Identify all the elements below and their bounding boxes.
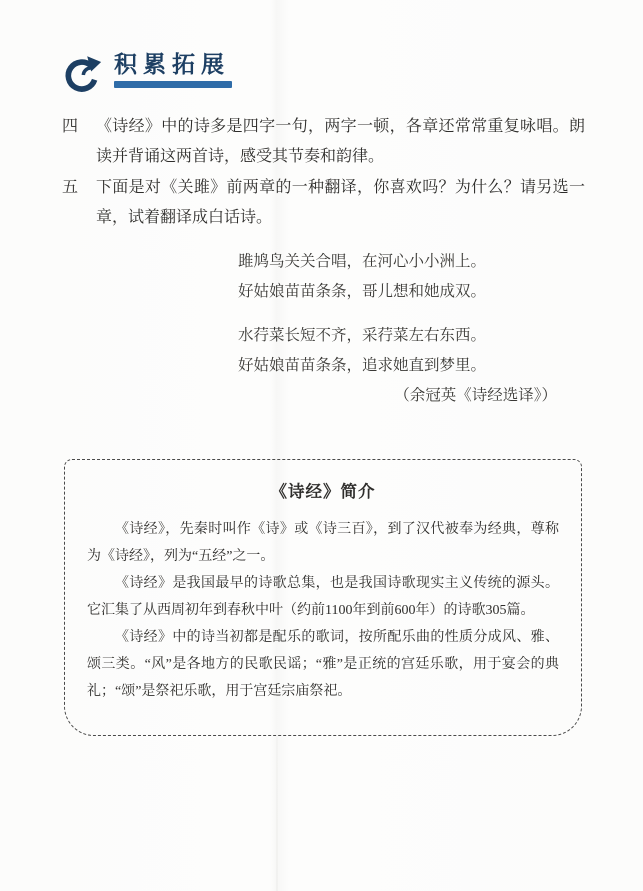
question-five: 五 下面是对《关雎》前两章的一种翻译，你喜欢吗？为什么？请另选一章，试着翻译成白… — [62, 173, 585, 233]
header-text-column: 积累拓展 — [114, 52, 232, 88]
page-crease — [276, 735, 278, 891]
infobox-paragraph: 《诗经》中的诗当初都是配乐的歌词，按所配乐曲的性质分成风、雅、颂三类。“风”是各… — [87, 624, 559, 705]
question-four: 四 《诗经》中的诗多是四字一句，两字一顿，各章还常常重复咏唱。朗读并背诵这两首诗… — [62, 112, 585, 172]
poem-line: 好姑娘苗苗条条，哥儿想和她成双。 — [238, 277, 585, 307]
question-number: 五 — [62, 173, 96, 233]
circular-arrow-icon — [62, 54, 102, 96]
shijing-intro-box: 《诗经》简介 《诗经》，先秦时叫作《诗》或《诗三百》，到了汉代被奉为经典，尊称为… — [64, 459, 582, 736]
poem-attribution: （余冠英《诗经选译》） — [62, 383, 585, 409]
infobox-title: 《诗经》简介 — [87, 478, 559, 502]
stanza-gap — [238, 307, 585, 321]
textbook-page: 积累拓展 四 《诗经》中的诗多是四字一句，两字一顿，各章还常常重复咏唱。朗读并背… — [0, 0, 643, 891]
poem-translation: 雎鸠鸟关关合唱，在河心小小洲上。 好姑娘苗苗条条，哥儿想和她成双。 水荇菜长短不… — [238, 247, 585, 381]
question-text: 下面是对《关雎》前两章的一种翻译，你喜欢吗？为什么？请另选一章，试着翻译成白话诗… — [96, 173, 585, 233]
question-text: 《诗经》中的诗多是四字一句，两字一顿，各章还常常重复咏唱。朗读并背诵这两首诗，感… — [96, 112, 585, 172]
section-header: 积累拓展 — [62, 52, 585, 96]
poem-line: 水荇菜长短不齐，采荇菜左右东西。 — [238, 321, 585, 351]
infobox-paragraph: 《诗经》是我国最早的诗歌总集，也是我国诗歌现实主义传统的源头。它汇集了从西周初年… — [87, 570, 559, 624]
poem-line: 好姑娘苗苗条条，追求她直到梦里。 — [238, 351, 585, 381]
infobox-paragraph: 《诗经》，先秦时叫作《诗》或《诗三百》，到了汉代被奉为经典，尊称为《诗经》，列为… — [87, 516, 559, 570]
poem-line: 雎鸠鸟关关合唱，在河心小小洲上。 — [238, 247, 585, 277]
section-title: 积累拓展 — [114, 52, 232, 78]
question-number: 四 — [62, 112, 96, 172]
title-underline-bar — [114, 81, 232, 88]
